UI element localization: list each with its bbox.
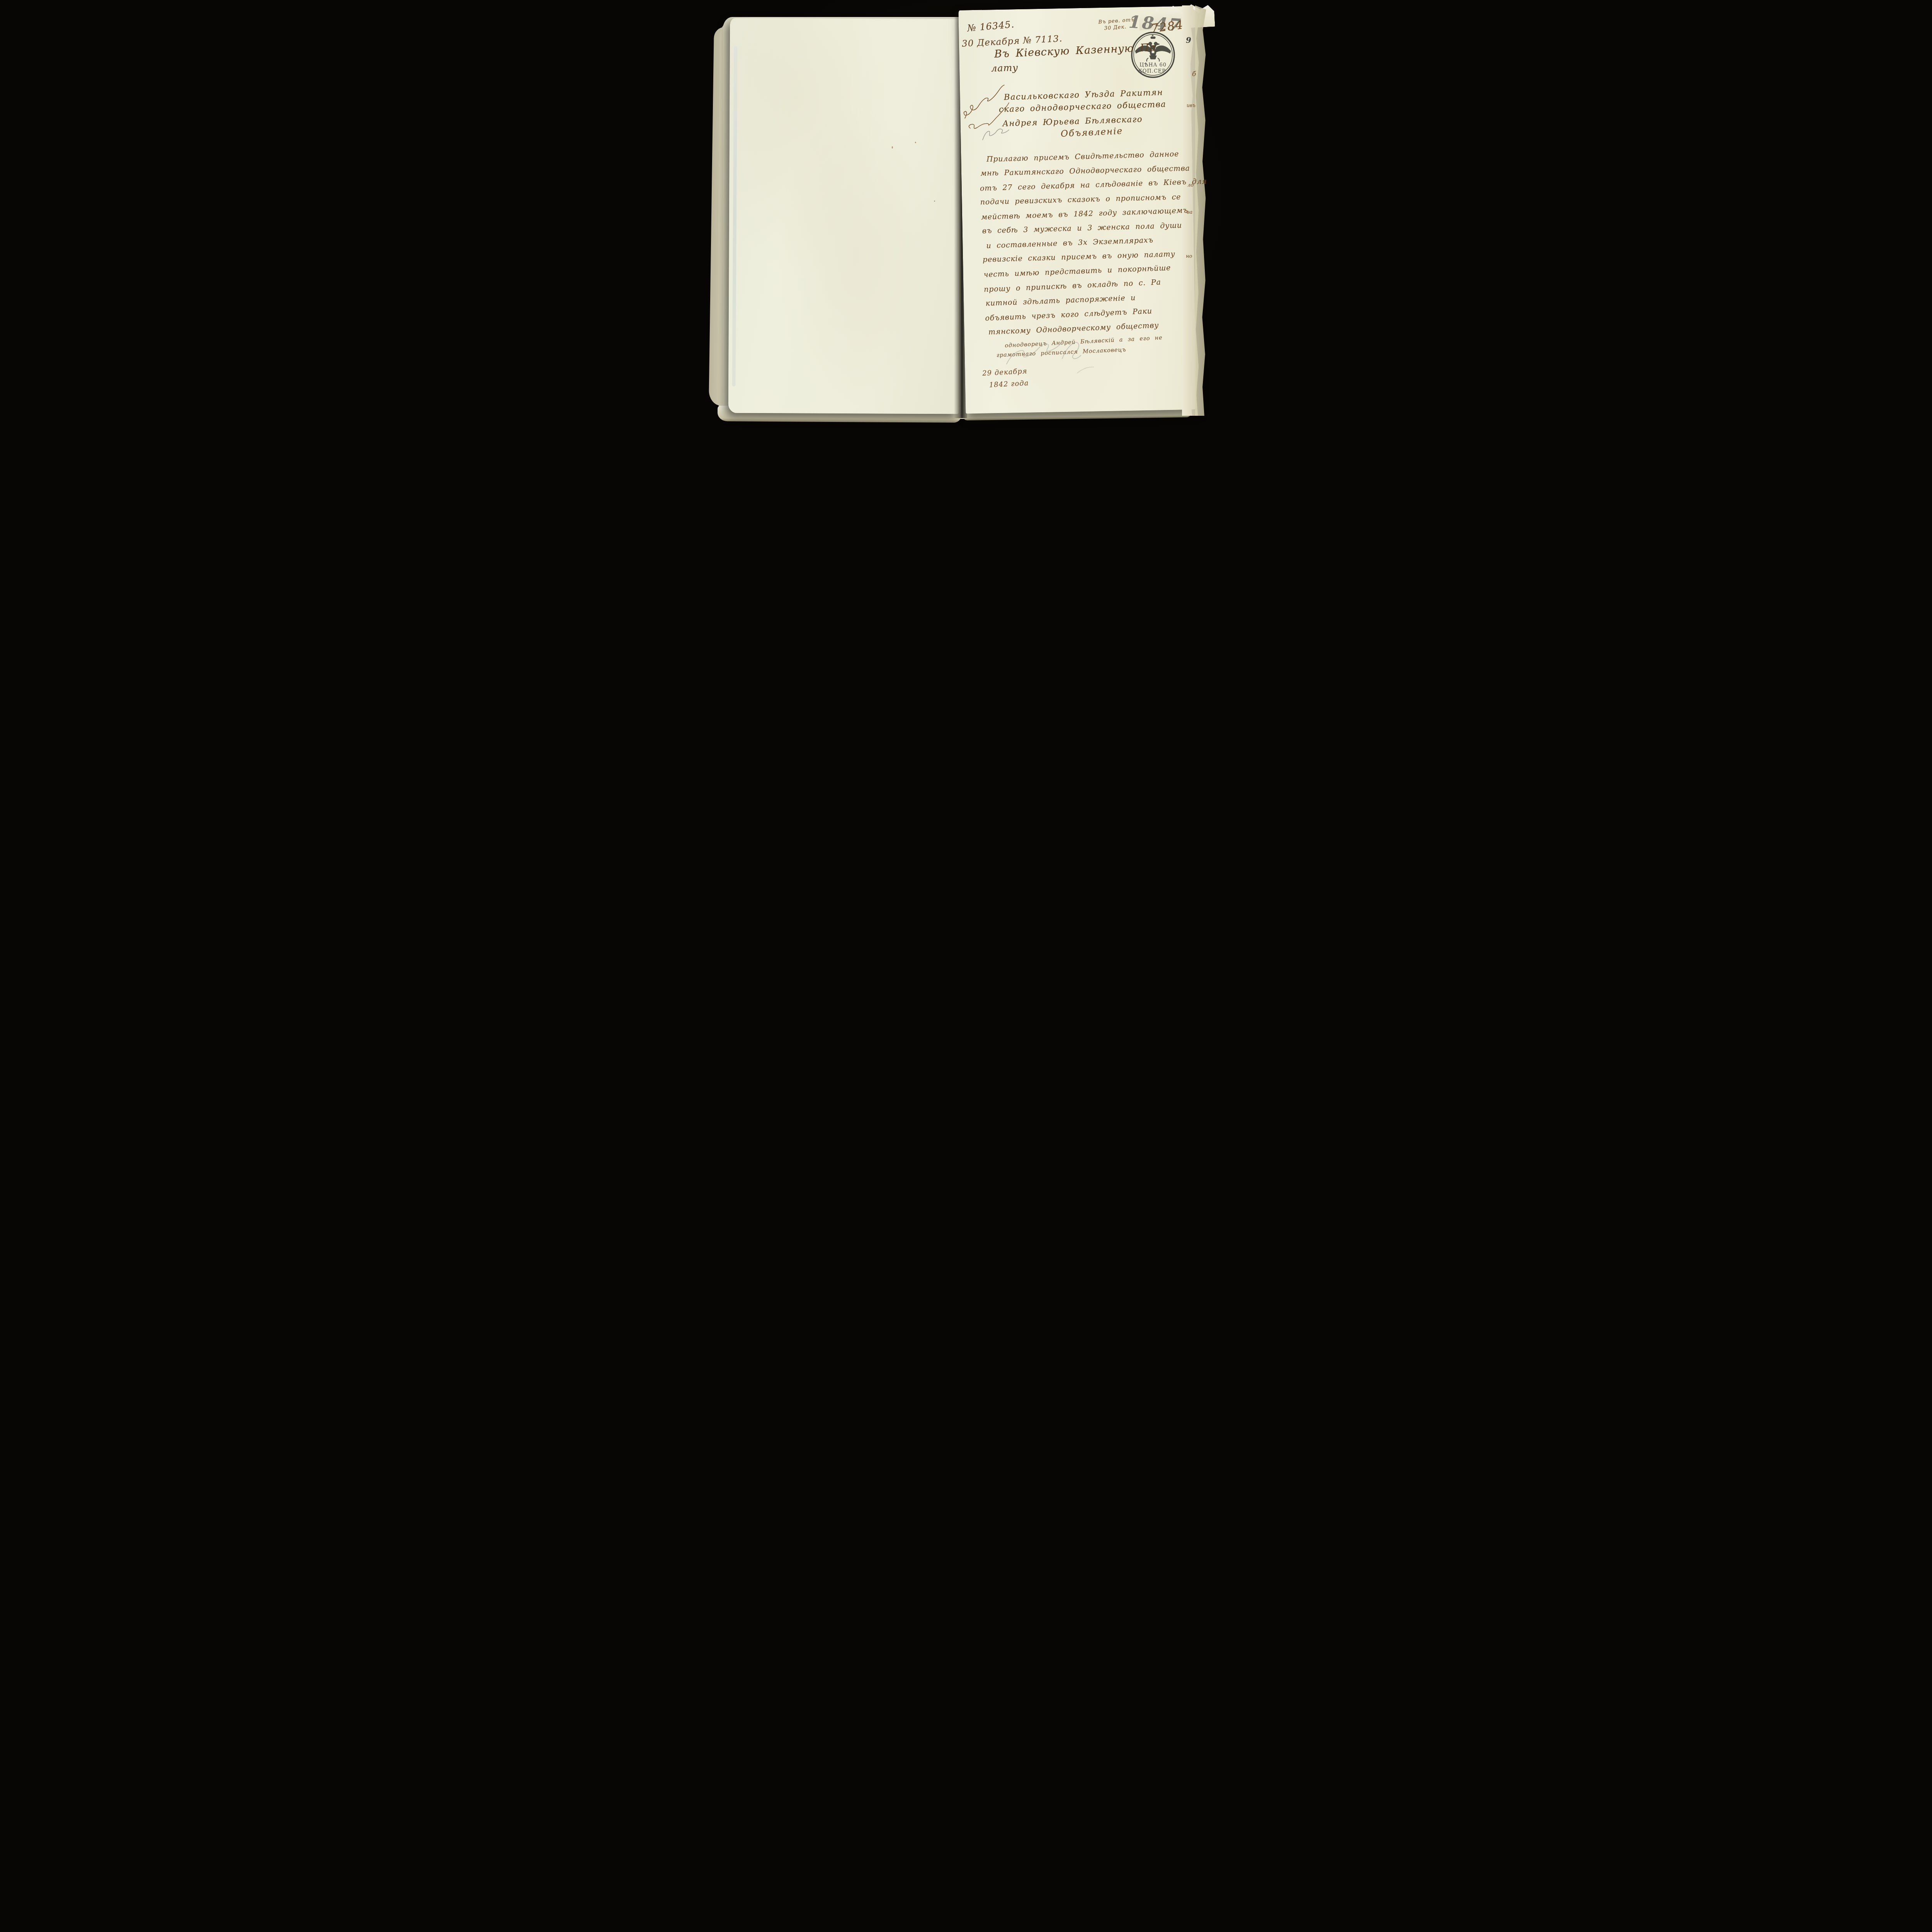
edge-text-fragment: 9 xyxy=(1186,36,1191,45)
ink-speck xyxy=(934,201,935,202)
edge-text-fragment: б xyxy=(1192,70,1196,78)
archival-book-photo: 9 б ивъ ло ва но № 16345. 30 Декабря № 7… xyxy=(696,0,1236,430)
revenue-stamp: ЦѢНА 60 КОП.СЕР. xyxy=(1130,31,1176,79)
ink-speck xyxy=(892,146,893,149)
stamp-price-line2: КОП.СЕР. xyxy=(1138,68,1168,74)
torn-sheet-layer xyxy=(1195,5,1208,416)
left-blank-page xyxy=(728,18,960,414)
closing-date-block: 29 декабря 1842 года xyxy=(982,365,1029,391)
closing-date-line: 1842 года xyxy=(989,377,1029,391)
edge-text-fragment: ивъ xyxy=(1187,103,1196,108)
petition-body: Прилагаю присемъ Свидѣтельство данное мн… xyxy=(983,151,1194,360)
sender-address-block: Васильковскаго Уѣзда Ракитян скаго однод… xyxy=(1004,86,1167,129)
stamp-price-line1: ЦѢНА 60 xyxy=(1139,62,1167,68)
ink-speck xyxy=(915,142,916,143)
